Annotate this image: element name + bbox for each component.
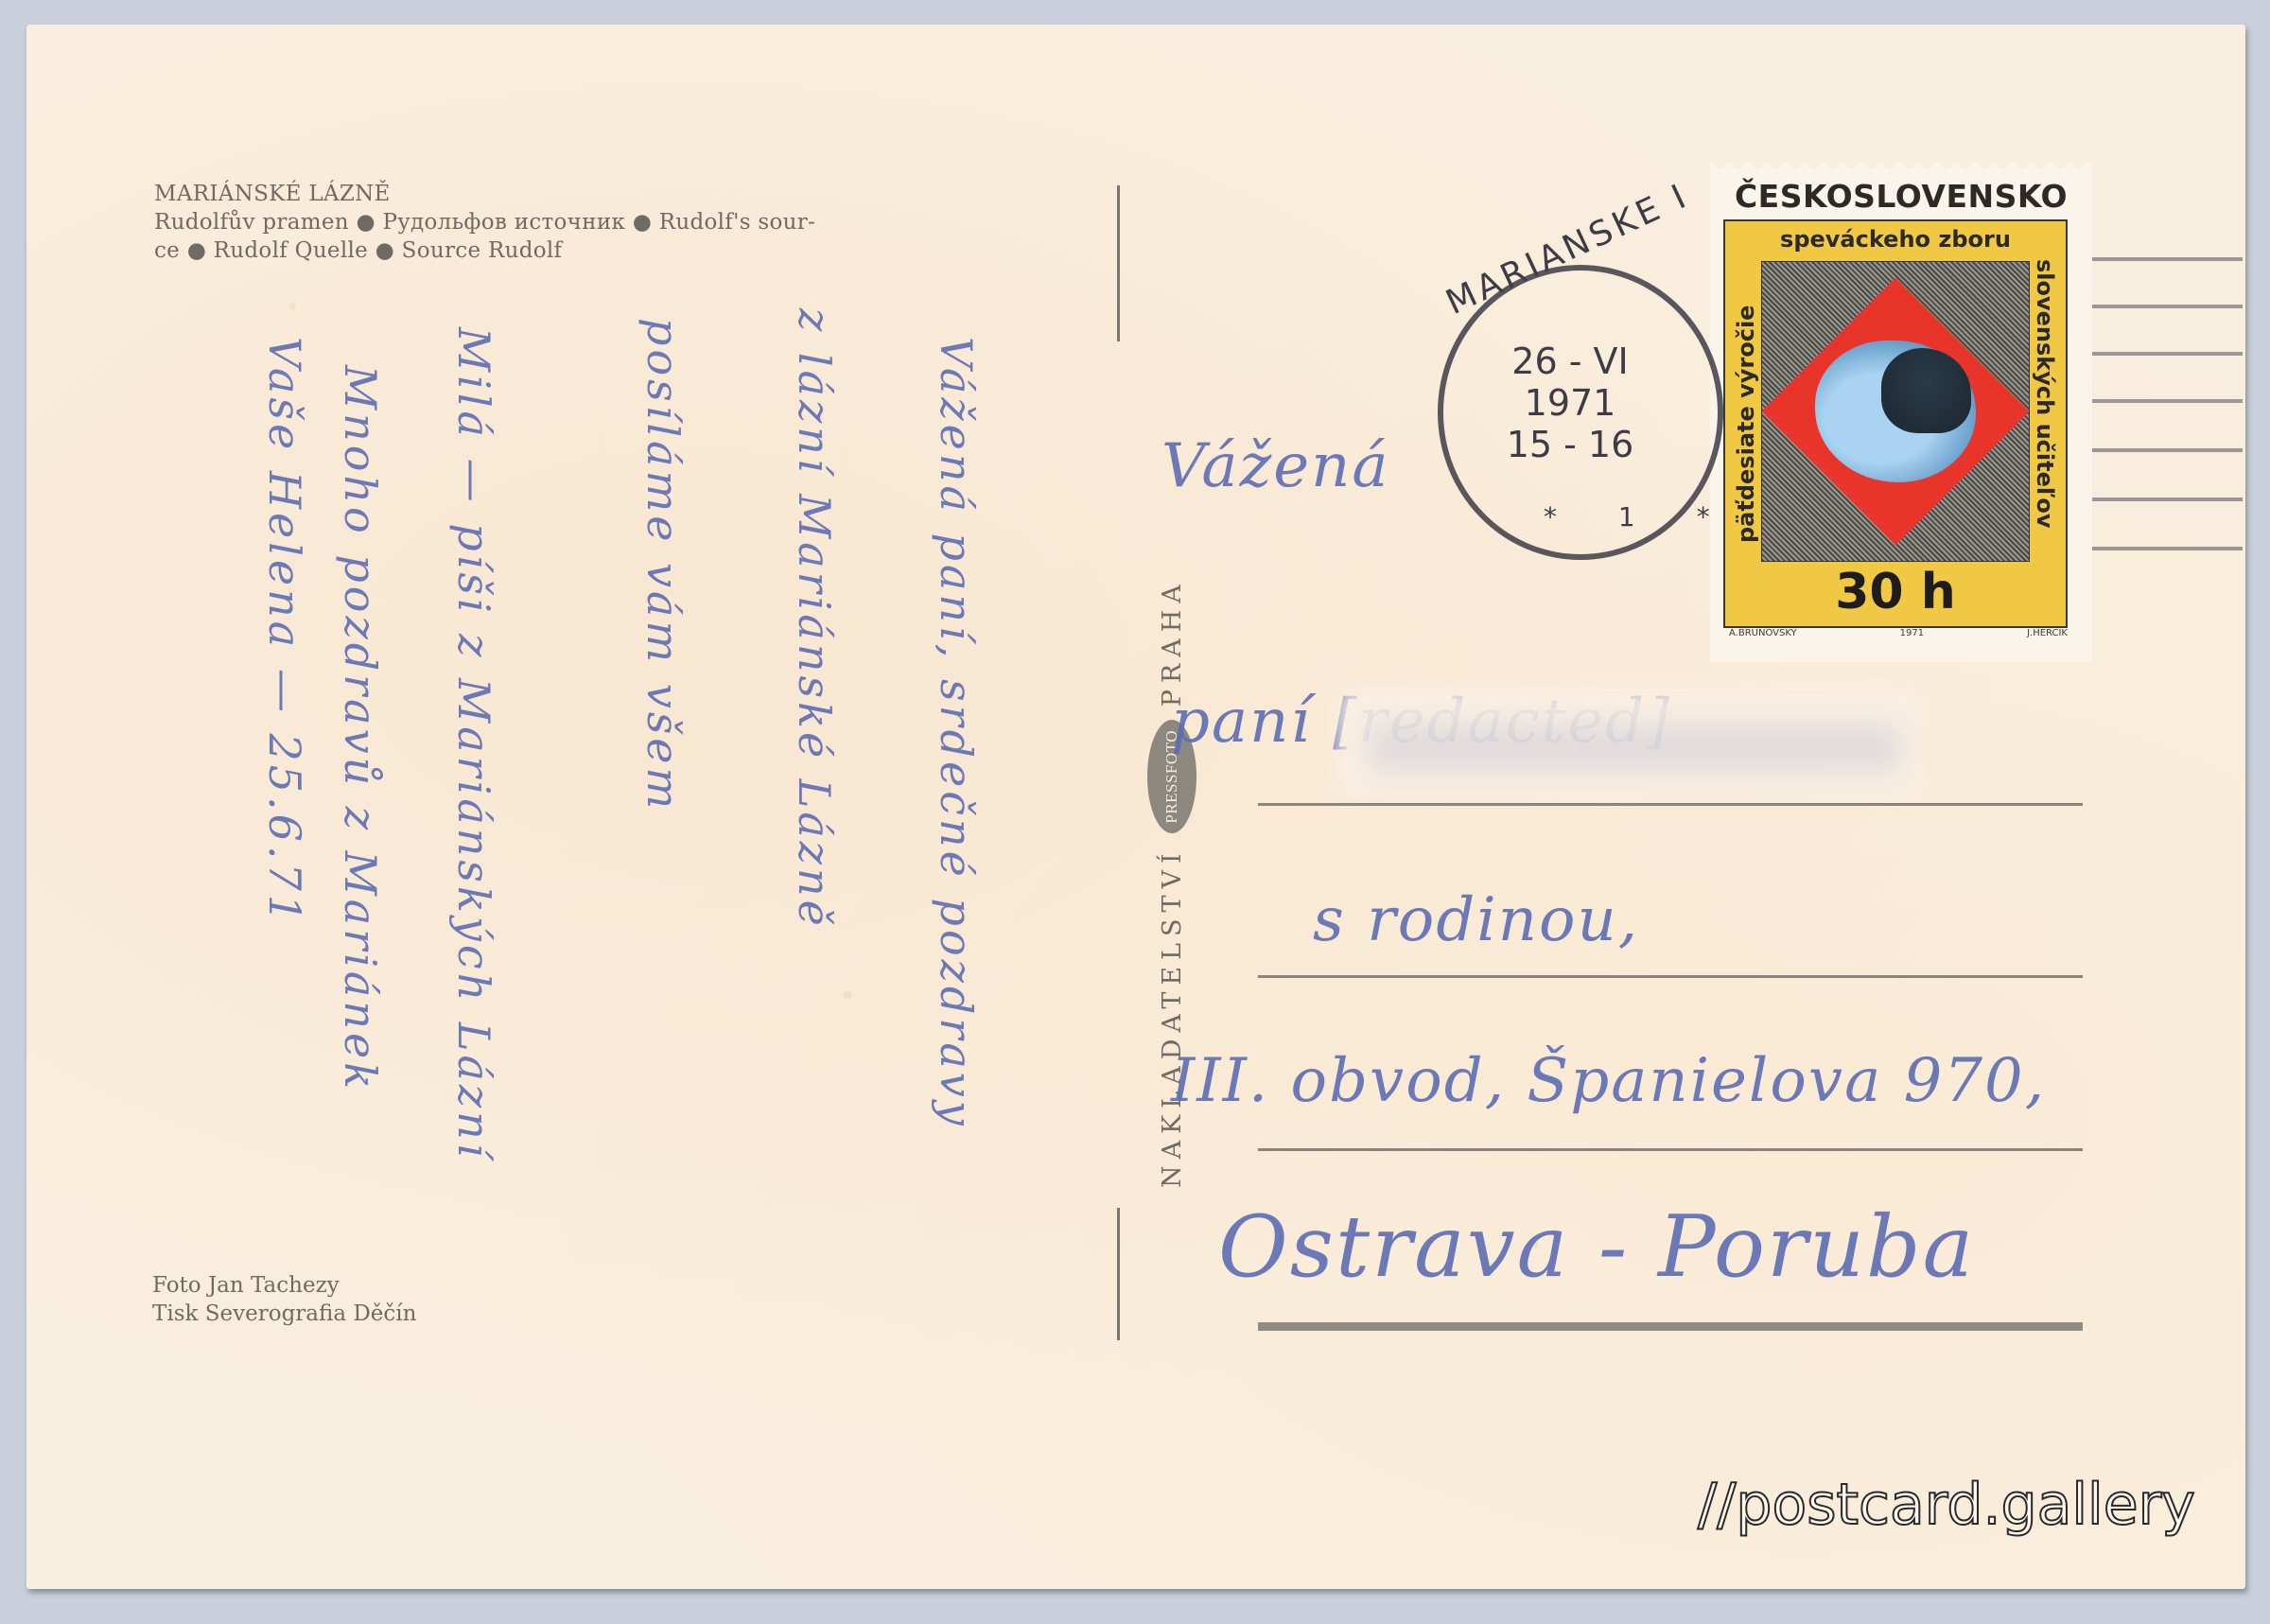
postmark-date: 26 - VI 1971 15 - 16 [1475, 341, 1665, 465]
print-credit: Tisk Severografia Děčín [152, 1300, 416, 1328]
postage-stamp: ČESKOSLOVENSKO speváckeho zboru päťdesia… [1710, 163, 2092, 662]
center-divider-bottom [1117, 1208, 1120, 1340]
message-column: Vaše Helena — 25.6.71 [259, 337, 310, 926]
postmark-time: 15 - 16 [1475, 424, 1665, 465]
address-line [1258, 803, 2083, 806]
message-column: posíláme vám všem [637, 318, 689, 812]
address-line-4: Ostrava - Poruba [1218, 1197, 1975, 1297]
address-line [1258, 975, 2083, 978]
photo-credit: Foto Jan Tachezy [152, 1271, 416, 1300]
cancel-line [2076, 257, 2243, 261]
portrait-cameo-icon [1815, 341, 1976, 482]
cancel-line [2076, 547, 2243, 550]
stamp-designer: A.BRUNOVSKÝ [1729, 628, 1797, 638]
stamp-left-text: päťdesiate výročie [1733, 306, 1759, 543]
cancel-line [2076, 498, 2243, 501]
postmark-day-month: 26 - VI [1475, 341, 1665, 382]
caption-line-1: Rudolfův pramen ● Рудольфов источник ● R… [154, 208, 815, 236]
postcard-caption: MARIÁNSKÉ LÁZNĚ Rudolfův pramen ● Рудоль… [154, 180, 815, 265]
redacted-name-blur [1370, 725, 1899, 772]
print-credits: Foto Jan Tachezy Tisk Severografia Děčín [152, 1271, 416, 1328]
address-line [1258, 1148, 2083, 1151]
watermark: //postcard.gallery [1698, 1472, 2195, 1538]
stamp-engraver: J.HERČÍK [2027, 628, 2068, 638]
postmark-year: 1971 [1475, 382, 1665, 424]
caption-title: MARIÁNSKÉ LÁZNĚ [154, 180, 815, 208]
stamp-credits: A.BRUNOVSKÝ 1971 J.HERČÍK [1729, 628, 2068, 638]
center-divider-top [1117, 185, 1120, 341]
stamp-frame: speváckeho zboru päťdesiate výročie slov… [1723, 219, 2068, 628]
caption-line-2: ce ● Rudolf Quelle ● Source Rudolf [154, 236, 815, 265]
address-line-3: III. obvod, Španielova 970, [1171, 1046, 2046, 1116]
stamp-top-text: speváckeho zboru [1725, 226, 2066, 253]
stamp-right-text: slovenských učiteľov [2032, 259, 2058, 529]
cancel-line [2076, 448, 2243, 452]
stamp-country: ČESKOSLOVENSKO [1710, 178, 2092, 215]
address-line [1258, 1322, 2083, 1331]
cancel-line [2076, 352, 2243, 356]
postmark-office: * 1 * [1544, 501, 1737, 533]
address-greeting: Vážená [1161, 431, 1389, 501]
publisher-label: NAKLADATELSTVÍ [1158, 847, 1187, 1188]
address-line-2: s rodinou, [1313, 885, 1639, 955]
stamp-value: 30 h [1725, 564, 2066, 620]
message-column: z lázní Mariánské Lázně [789, 308, 840, 930]
cancel-line [2076, 399, 2243, 403]
message-column: Milá — píši z Mariánských Lázní [448, 327, 499, 1161]
message-column: Mnoho pozdravů z Mariánek [335, 365, 386, 1092]
stamp-artwork [1761, 261, 2030, 562]
cancel-line [2076, 305, 2243, 308]
message-column: Vážená paní, srdečné pozdravy [931, 337, 982, 1129]
stamp-year: 1971 [1900, 628, 1924, 638]
